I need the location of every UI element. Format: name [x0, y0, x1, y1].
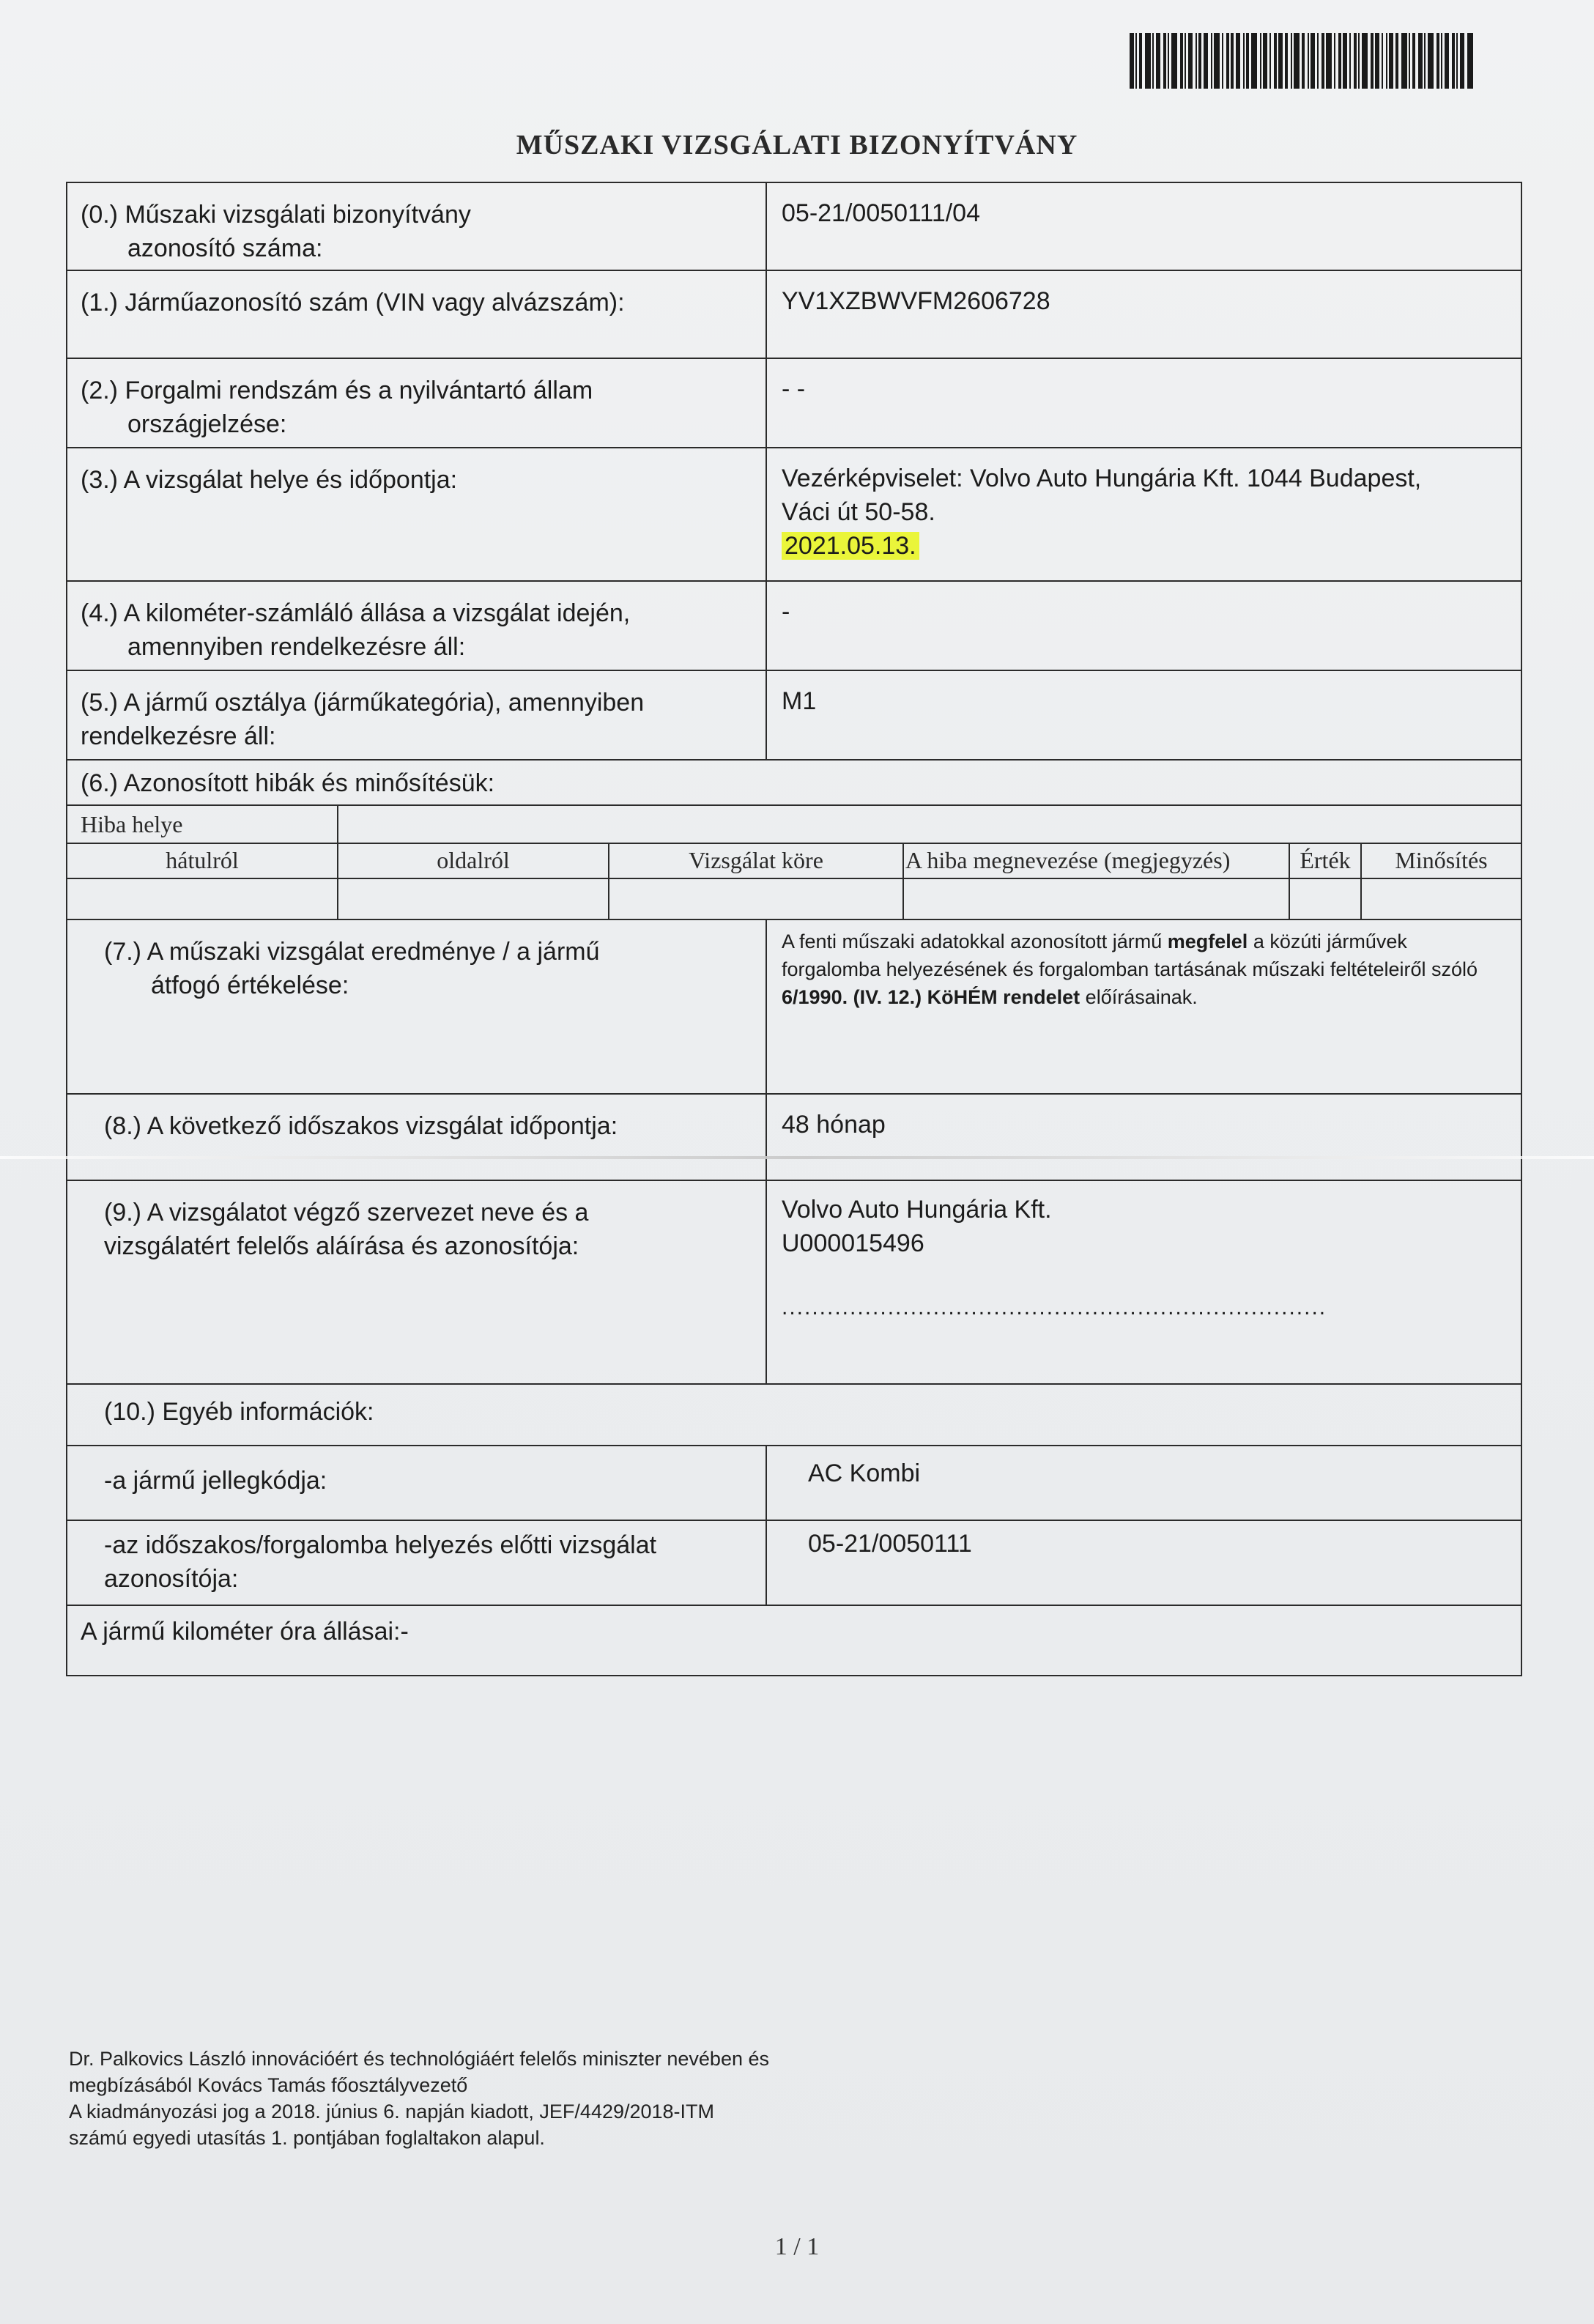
field-value: Vezérképviselet: Volvo Auto Hungária Kft…	[767, 448, 1521, 580]
field-odometer-readings: A jármű kilométer óra állásai:-	[66, 1606, 1522, 1676]
barcode-icon	[1130, 33, 1505, 89]
field-label: (0.) Műszaki vizsgálati bizonyítvány azo…	[67, 183, 767, 270]
field-vin: (1.) Járműazonosító szám (VIN vagy alváz…	[66, 271, 1522, 359]
field-label: (9.) A vizsgálatot végző szervezet neve …	[67, 1181, 767, 1383]
inspection-date-highlight: 2021.05.13.	[782, 532, 919, 560]
field-label: (4.) A kilométer-számláló állása a vizsg…	[67, 582, 767, 670]
column-header: Érték	[1290, 844, 1362, 878]
defects-table: Hiba helye hátulról oldalról Vizsgálat k…	[66, 806, 1522, 920]
certificate-page: MŰSZAKI VIZSGÁLATI BIZONYÍTVÁNY (0.) Műs…	[0, 0, 1594, 2324]
field-vehicle-category: (5.) A jármű osztálya (járműkategória), …	[66, 671, 1522, 761]
field-next-inspection: (8.) A következő időszakos vizsgálat idő…	[66, 1095, 1522, 1181]
field-label: -a jármű jellegkódja:	[67, 1446, 767, 1520]
field-inspection-result: (7.) A műszaki vizsgálat eredménye / a j…	[66, 920, 1522, 1095]
column-header: oldalról	[338, 844, 609, 878]
inspector-id: U000015496	[782, 1226, 1506, 1260]
paper-fold	[0, 1156, 1594, 1159]
field-value: M1	[767, 671, 1521, 759]
field-value: Volvo Auto Hungária Kft. U000015496 ....…	[767, 1181, 1521, 1383]
field-value: 48 hónap	[767, 1095, 1521, 1180]
field-value: AC Kombi	[767, 1446, 1521, 1520]
field-label: (8.) A következő időszakos vizsgálat idő…	[67, 1095, 767, 1180]
field-value: 05-21/0050111	[767, 1521, 1521, 1605]
field-type-code: -a jármű jellegkódja: AC Kombi	[66, 1446, 1522, 1521]
field-label: (1.) Járműazonosító szám (VIN vagy alváz…	[67, 271, 767, 358]
field-value: YV1XZBWVFM2606728	[767, 271, 1521, 358]
field-value: 05-21/0050111/04	[767, 183, 1521, 270]
column-header: hátulról	[67, 844, 338, 878]
field-value: - -	[767, 359, 1521, 447]
defects-group-row: Hiba helye	[66, 806, 1522, 844]
field-label: (3.) A vizsgálat helye és időpontja:	[67, 448, 767, 580]
field-value: -	[767, 582, 1521, 670]
defects-heading-row: (6.) Azonosított hibák és minősítésük:	[66, 761, 1522, 806]
document-title: MŰSZAKI VIZSGÁLATI BIZONYÍTVÁNY	[0, 129, 1594, 161]
other-info-heading-row: (10.) Egyéb információk:	[66, 1385, 1522, 1446]
field-inspection-place-date: (3.) A vizsgálat helye és időpontja: Vez…	[66, 448, 1522, 582]
other-info-heading: (10.) Egyéb információk:	[67, 1385, 1521, 1445]
field-inspector: (9.) A vizsgálatot végző szervezet neve …	[66, 1181, 1522, 1385]
result-statement: A fenti műszaki adatokkal azonosított já…	[767, 920, 1521, 1093]
field-label: (5.) A jármű osztálya (járműkategória), …	[67, 671, 767, 759]
field-label: (2.) Forgalmi rendszám és a nyilvántartó…	[67, 359, 767, 447]
issuing-authority-note: Dr. Palkovics László innovációért és tec…	[69, 2046, 1021, 2151]
page-indicator: 1 / 1	[0, 2233, 1594, 2261]
field-registration: (2.) Forgalmi rendszám és a nyilvántartó…	[66, 359, 1522, 448]
column-header: A hiba megnevezése (megjegyzés)	[904, 844, 1290, 878]
field-odometer: (4.) A kilométer-számláló állása a vizsg…	[66, 582, 1522, 671]
inspector-org: Volvo Auto Hungária Kft.	[782, 1193, 1506, 1226]
defects-group-label: Hiba helye	[67, 806, 338, 843]
column-header: Minősítés	[1362, 844, 1521, 878]
field-label: -az időszakos/forgalomba helyezés előtti…	[67, 1521, 767, 1605]
certificate-form: (0.) Műszaki vizsgálati bizonyítvány azo…	[66, 182, 1522, 1676]
field-prior-inspection-id: -az időszakos/forgalomba helyezés előtti…	[66, 1521, 1522, 1606]
field-label: (7.) A műszaki vizsgálat eredménye / a j…	[67, 920, 767, 1093]
table-row	[66, 879, 1522, 920]
field-certificate-id: (0.) Műszaki vizsgálati bizonyítvány azo…	[66, 182, 1522, 271]
signature-line: ........................................…	[782, 1291, 1506, 1325]
column-header: Vizsgálat köre	[609, 844, 904, 878]
defects-header-row: hátulról oldalról Vizsgálat köre A hiba …	[66, 844, 1522, 879]
defects-heading: (6.) Azonosított hibák és minősítésük:	[67, 761, 1521, 804]
